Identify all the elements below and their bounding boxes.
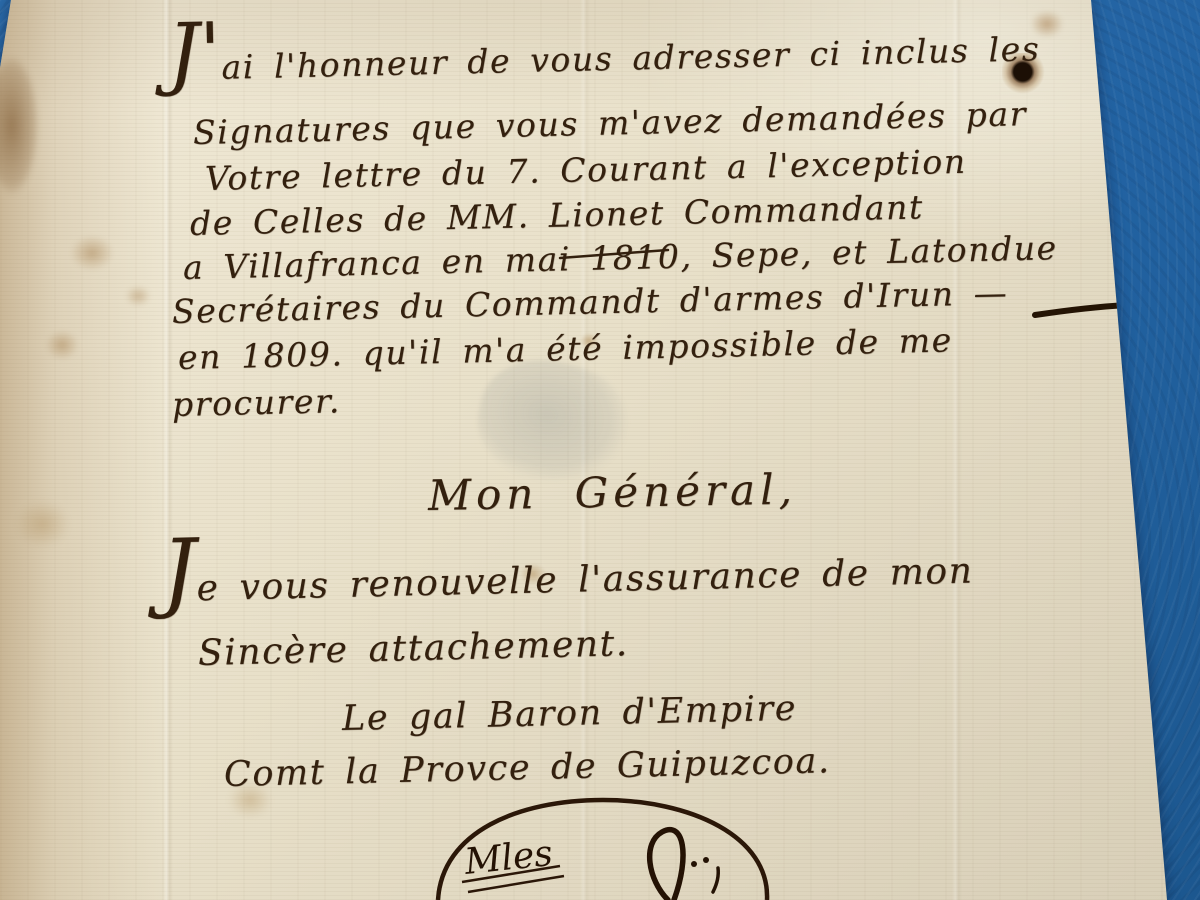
signoff-line: Le gal Baron d'Empire xyxy=(342,692,798,737)
letter-line: Sincère attachement. xyxy=(198,626,630,672)
paper-crease xyxy=(163,0,173,900)
letter-paper-wrap: J'ai l'honneur de vous adresser ci inclu… xyxy=(0,0,1200,900)
signature-oval: Mles xyxy=(422,794,782,900)
foxing-stain xyxy=(45,330,79,360)
letter-line: de Celles de MM. Lionet Commandant xyxy=(190,190,924,240)
letter-line: Signatures que vous m'avez demandées par xyxy=(193,97,1028,149)
paper-crease xyxy=(952,0,962,900)
foxing-stain xyxy=(15,500,70,548)
letter-line: en 1809. qu'il m'a été impossible de me xyxy=(178,323,954,374)
foxing-stain xyxy=(125,285,151,307)
letter-line: Je vous renouvelle l'assurance de mon xyxy=(162,554,974,608)
photo-scene: J'ai l'honneur de vous adresser ci inclu… xyxy=(0,0,1200,900)
letter-line: Votre lettre du 7. Courant a l'exception xyxy=(205,145,967,195)
letter-paper: J'ai l'honneur de vous adresser ci inclu… xyxy=(0,0,1200,900)
foxing-stain xyxy=(0,58,38,193)
signoff-line: Comt la Provce de Guipuzcoa. xyxy=(224,744,831,793)
foxing-stain xyxy=(70,235,114,271)
salutation: Mon Général, xyxy=(428,469,798,517)
letter-line: J'ai l'honneur de vous adresser ci inclu… xyxy=(168,32,1041,85)
letter-line: procurer. xyxy=(172,384,342,421)
